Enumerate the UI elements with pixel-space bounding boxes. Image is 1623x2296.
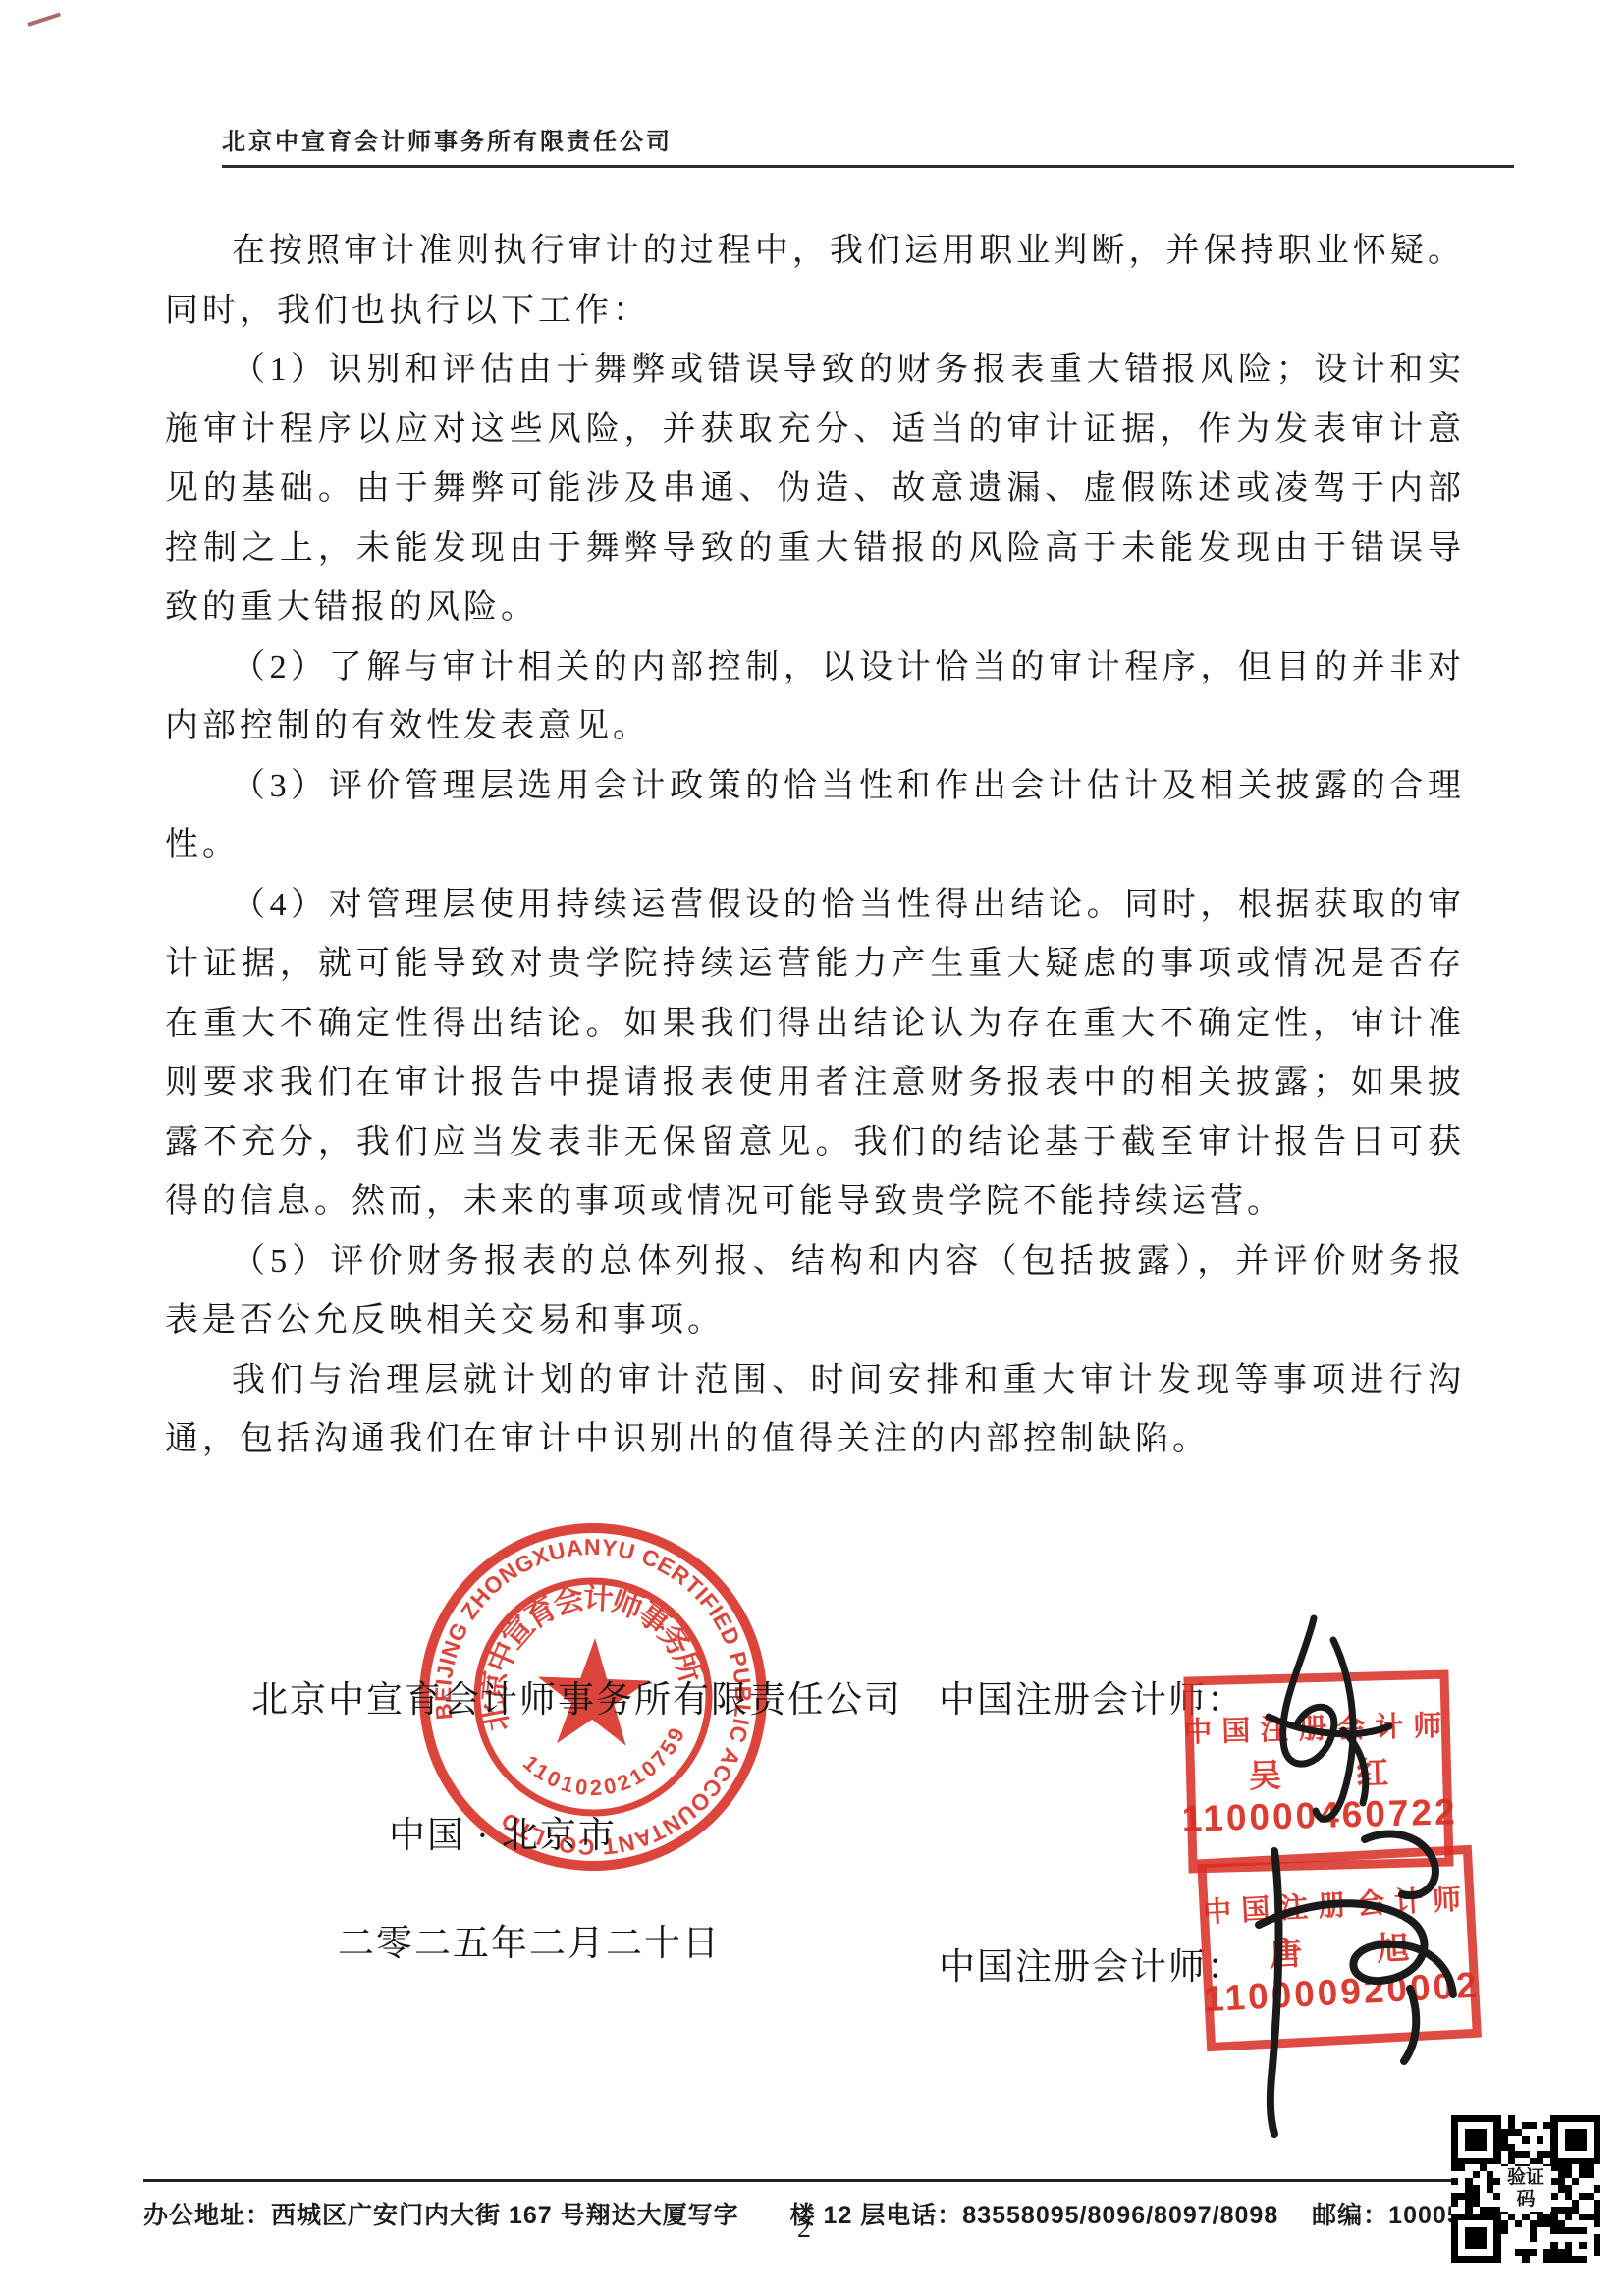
signoff-date: 二零二五年二月二十日 xyxy=(338,1913,721,1966)
cpa-stamp-1: 中国注册会计师 吴 红 110000460722 xyxy=(1183,1670,1453,1874)
cpa-stamp-1-name: 吴 红 xyxy=(1248,1746,1422,1797)
cpa-stamp-1-number: 110000460722 xyxy=(1181,1791,1458,1839)
scan-pen-mark xyxy=(24,0,61,27)
cpa-stamp-2: 中国注册会计师 唐 旭 110000920002 xyxy=(1197,1845,1482,2051)
cpa-label-2: 中国注册会计师： xyxy=(939,1937,1245,1990)
footer-info: 办公地址：西城区广安门内大街 167 号翔达大厦写字 楼 12 层电话：8355… xyxy=(143,2196,1449,2231)
qr-code: 验证码 xyxy=(1451,2115,1600,2263)
signoff-firm-name: 北京中宣育会计师事务所有限责任公司 xyxy=(251,1669,902,1722)
paragraph-intro: 在按照审计准则执行审计的过程中，我们运用职业判断，并保持职业怀疑。同时，我们也执… xyxy=(165,222,1465,341)
paragraph-item-5: （5）评价财务报表的总体列报、结构和内容（包括披露），并评价财务报表是否公允反映… xyxy=(165,1232,1465,1351)
cpa-stamp-1-title: 中国注册会计师 xyxy=(1183,1703,1452,1750)
paragraph-item-1: （1）识别和评估由于舞弊或错误导致的财务报表重大错报风险；设计和实施审计程序以应… xyxy=(165,341,1465,638)
header-company-name: 北京中宣育会计师事务所有限责任公司 xyxy=(222,122,673,156)
paragraph-item-3: （3）评价管理层选用会计政策的恰当性和作出会计估计及相关披露的合理性。 xyxy=(165,757,1465,876)
qr-code-label: 验证码 xyxy=(1500,2166,1551,2212)
footer-rule xyxy=(143,2179,1465,2182)
signoff-location: 中国 · 北京市 xyxy=(389,1805,617,1858)
paragraph-communication: 我们与治理层就计划的审计范围、时间安排和重大审计发现等事项进行沟通，包括沟通我们… xyxy=(165,1351,1465,1470)
header-rule xyxy=(222,165,1514,168)
cpa-stamp-2-number: 110000920002 xyxy=(1203,1965,1481,2021)
paragraph-item-4: （4）对管理层使用持续运营假设的恰当性得出结论。同时，根据获取的审计证据，就可能… xyxy=(165,876,1465,1232)
document-page: 北京中宣育会计师事务所有限责任公司 在按照审计准则执行审计的过程中，我们运用职业… xyxy=(0,0,1623,2296)
report-body: 在按照审计准则执行审计的过程中，我们运用职业判断，并保持职业怀疑。同时，我们也执… xyxy=(165,222,1465,1470)
paragraph-item-2: （2）了解与审计相关的内部控制，以设计恰当的审计程序，但目的并非对内部控制的有效… xyxy=(165,638,1465,757)
page-number: 2 xyxy=(797,2214,811,2245)
